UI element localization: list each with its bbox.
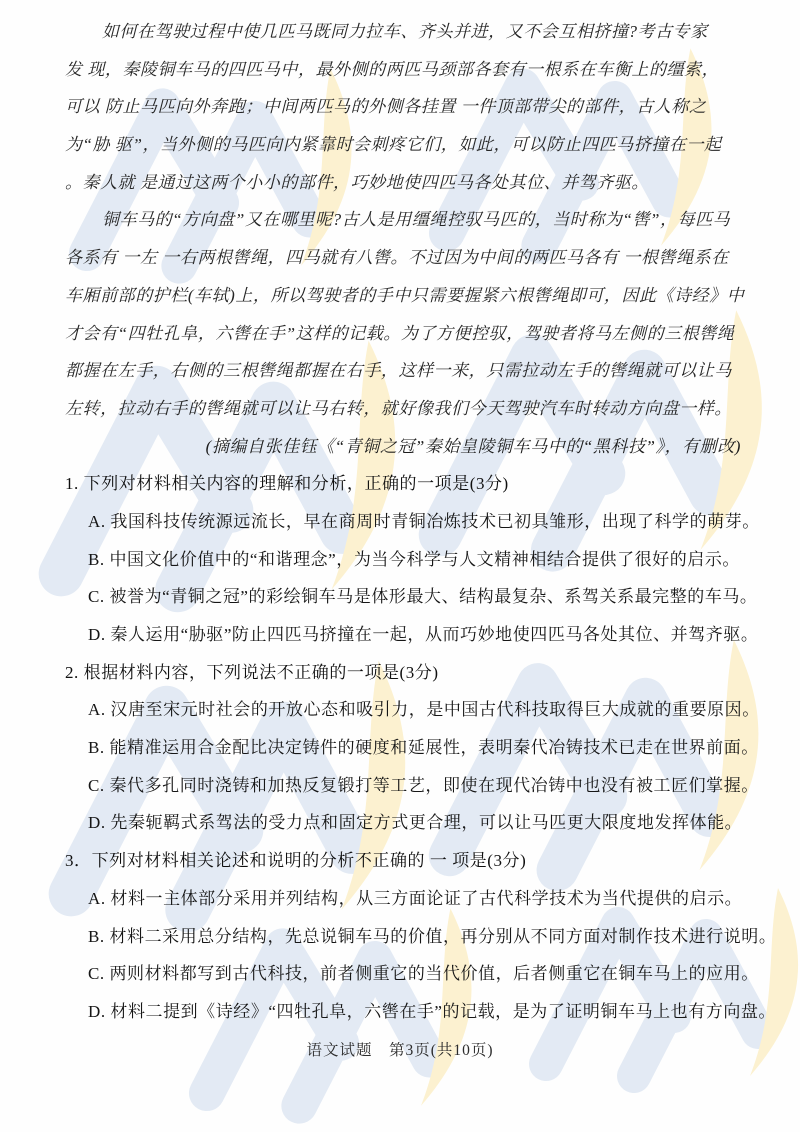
question-2-option-c: C. 秦代多孔同时浇铸和加热反复锻打等工艺，即使在现代冶铸中也没有被工匠们掌握。 [65,767,741,805]
material-line: 都握在左手，右侧的三根辔绳都握在右手，这样一来，只需拉动左手的辔绳就可以让马 [65,352,741,390]
material-line: 。秦人就 是通过这两个小小的部件，巧妙地使四匹马各处其位、并驾齐驱。 [65,164,741,202]
material-line: 各系有 一左 一右两根辔绳，四马就有八辔。不过因为中间的两匹马各有 一根辔绳系在 [65,239,741,277]
question-1: 1. 下列对材料相关内容的理解和分析，正确的一项是(3分) A. 我国科技传统源… [65,465,741,653]
question-2-option-a: A. 汉唐至宋元时社会的开放心态和吸引力，是中国古代科技取得巨大成就的重要原因。 [65,691,741,729]
material-line: 发 现，秦陵铜车马的四匹马中，最外侧的两匹马颈部各套有一根系在车衡上的缰索， [65,51,741,89]
material-line: 车厢前部的护栏(车轼)上，所以驾驶者的手中只需要握紧六根辔绳即可，因此《诗经》中 [65,277,741,315]
question-2-stem: 2. 根据材料内容，下列说法不正确的一项是(3分) [65,654,741,692]
question-3-stem: 3．下列对材料相关论述和说明的分析不正确的 一 项是(3分) [65,842,741,880]
material-line: 如何在驾驶过程中使几匹马既同力拉车、齐头并进，又不会互相挤撞?考古专家 [65,13,741,51]
material-line: 铜车马的“方向盘”又在哪里呢?古人是用缰绳控驭马匹的，当时称为“辔”，每匹马 [65,201,741,239]
question-1-option-d: D. 秦人运用“胁驱”防止四匹马挤撞在一起，从而巧妙地使四匹马各处其位、并驾齐驱… [65,616,741,654]
question-2: 2. 根据材料内容，下列说法不正确的一项是(3分) A. 汉唐至宋元时社会的开放… [65,654,741,842]
question-1-stem: 1. 下列对材料相关内容的理解和分析，正确的一项是(3分) [65,465,741,503]
question-3-option-b: B. 材料二采用总分结构，先总说铜车马的价值，再分别从不同方面对制作技术进行说明… [65,918,741,956]
exam-page: 如何在驾驶过程中使几匹马既同力拉车、齐头并进，又不会互相挤撞?考古专家 发 现，… [0,0,800,1132]
question-1-option-b: B. 中国文化价值中的“和谐理念”，为当今科学与人文精神相结合提供了很好的启示。 [65,541,741,579]
question-3-option-c: C. 两则材料都写到古代科技，前者侧重它的当代价值，后者侧重它在铜车马上的应用。 [65,955,741,993]
question-3-option-a: A. 材料一主体部分采用并列结构，从三方面论证了古代科学技术为当代提供的启示。 [65,880,741,918]
material-line: 为“胁 驱”，当外侧的马匹向内紧靠时会刺疼它们，如此，可以防止四匹马挤撞在一起 [65,126,741,164]
question-2-option-d: D. 先秦轭羁式系驾法的受力点和固定方式更合理，可以让马匹更大限度地发挥体能。 [65,804,741,842]
material-paragraph-2: 铜车马的“方向盘”又在哪里呢?古人是用缰绳控驭马匹的，当时称为“辔”，每匹马 各… [65,201,741,427]
material-line: 可以 防止马匹向外奔跑；中间两匹马的外侧各挂置 一件顶部带尖的部件，古人称之 [65,88,741,126]
material-paragraph-1: 如何在驾驶过程中使几匹马既同力拉车、齐头并进，又不会互相挤撞?考古专家 发 现，… [65,13,741,201]
material-line: 才会有“四牡孔阜，六辔在手”这样的记载。为了方便控驭，驾驶者将马左侧的三根辔绳 [65,315,741,353]
page-content: 如何在驾驶过程中使几匹马既同力拉车、齐头并进，又不会互相挤撞?考古专家 发 现，… [65,13,741,1031]
citation-line: (摘编自张佳钰《“青铜之冠”秦始皇陵铜车马中的“黑科技”》，有删改) [65,428,741,466]
question-1-option-c: C. 被誉为“青铜之冠”的彩绘铜车马是体形最大、结构最复杂、系驾关系最完整的车马… [65,578,741,616]
question-3-option-d: D. 材料二提到《诗经》“四牡孔阜，六辔在手”的记载，是为了证明铜车马上也有方向… [65,993,741,1031]
question-3: 3．下列对材料相关论述和说明的分析不正确的 一 项是(3分) A. 材料一主体部… [65,842,741,1030]
question-1-option-a: A. 我国科技传统源远流长，早在商周时青铜冶炼技术已初具雏形，出现了科学的萌芽。 [65,503,741,541]
page-footer: 语文试题 第3页(共10页) [0,1036,800,1066]
material-line: 左转，拉动右手的辔绳就可以让马右转，就好像我们今天驾驶汽车时转动方向盘一样。 [65,390,741,428]
question-2-option-b: B. 能精准运用合金配比决定铸件的硬度和延展性，表明秦代冶铸技术已走在世界前面。 [65,729,741,767]
